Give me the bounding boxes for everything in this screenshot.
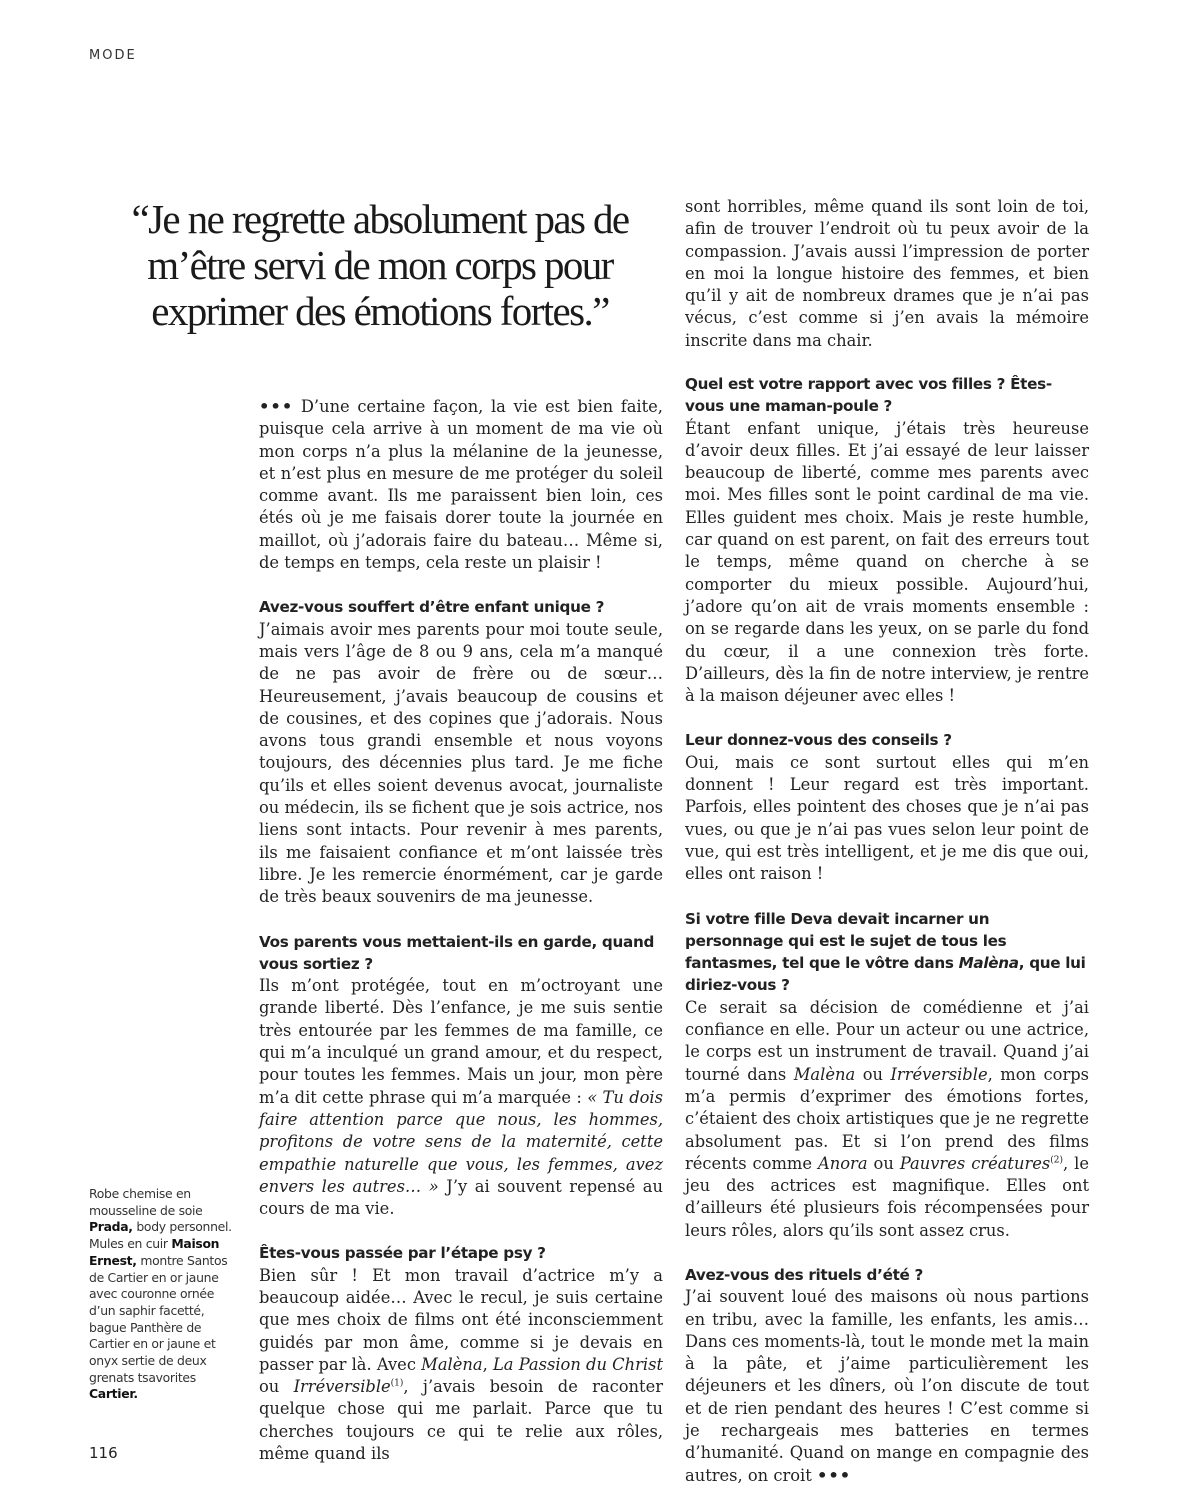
column-right: Quel est votre rapport avec vos filles ?… (685, 373, 1089, 1487)
intro-text: D’une certaine façon, la vie est bien fa… (259, 397, 663, 572)
separator: ou (855, 1065, 890, 1084)
column-right-top: sont horribles, même quand ils sont loin… (685, 196, 1089, 352)
separator: , (483, 1355, 493, 1374)
question-heading: Leur donnez-vous des conseils ? (685, 729, 1089, 751)
answer-paragraph: J’aimais avoir mes parents pour moi tout… (259, 619, 663, 909)
answer-paragraph: Oui, mais ce sont surtout elles qui m’en… (685, 752, 1089, 886)
film-title: Irréversible (294, 1377, 391, 1396)
answer-paragraph: Bien sûr ! Et mon travail d’actrice m’y … (259, 1265, 663, 1466)
answer-text: J’ai souvent loué des maisons où nous pa… (685, 1287, 1089, 1484)
continuation-marker-icon: ••• (259, 397, 293, 416)
answer-paragraph: Ce serait sa décision de comédienne et j… (685, 997, 1089, 1242)
film-title: La Passion du Christ (493, 1355, 663, 1374)
film-title: Irréversible (891, 1065, 988, 1084)
intro-paragraph: ••• D’une certaine façon, la vie est bie… (259, 396, 663, 574)
brand-name: Cartier. (89, 1386, 138, 1401)
question-heading: Avez-vous souffert d’être enfant unique … (259, 596, 663, 618)
film-title: Malèna (794, 1065, 855, 1084)
answer-paragraph: Étant enfant unique, j’étais très heureu… (685, 418, 1089, 708)
question-heading: Êtes-vous passée par l’étape psy ? (259, 1242, 663, 1264)
answer-paragraph: Ils m’ont protégée, tout en m’octroyant … (259, 975, 663, 1220)
separator: ou (868, 1154, 900, 1173)
question-heading: Si votre fille Deva devait incarner un p… (685, 908, 1089, 997)
pull-quote: “Je ne regrette absolument pas de m’être… (95, 196, 665, 334)
answer-paragraph: J’ai souvent loué des maisons où nous pa… (685, 1286, 1089, 1487)
separator: ou (259, 1377, 294, 1396)
footnote-marker: (1) (391, 1379, 404, 1389)
continued-marker-icon: ••• (817, 1466, 851, 1485)
question-heading: Avez-vous des rituels d’été ? (685, 1264, 1089, 1286)
page-number: 116 (89, 1444, 118, 1462)
film-title: Malèna (959, 954, 1019, 972)
film-title: Pauvres créatures (900, 1154, 1050, 1173)
footnote-marker: (2) (1050, 1155, 1063, 1165)
brand-name: Prada, (89, 1219, 133, 1234)
caption-text: Robe chemise en mousseline de soie (89, 1186, 202, 1218)
caption-text: montre Santos de Cartier en or jaune ave… (89, 1253, 227, 1385)
photo-credits-caption: Robe chemise en mousseline de soie Prada… (89, 1186, 239, 1403)
film-title: Anora (818, 1154, 868, 1173)
section-label: MODE (89, 48, 137, 63)
question-heading: Vos parents vous mettaient-ils en garde,… (259, 931, 663, 976)
question-heading: Quel est votre rapport avec vos filles ?… (685, 373, 1089, 418)
film-title: Malèna (421, 1355, 482, 1374)
continued-paragraph: sont horribles, même quand ils sont loin… (685, 196, 1089, 352)
column-left: ••• D’une certaine façon, la vie est bie… (259, 396, 663, 1465)
